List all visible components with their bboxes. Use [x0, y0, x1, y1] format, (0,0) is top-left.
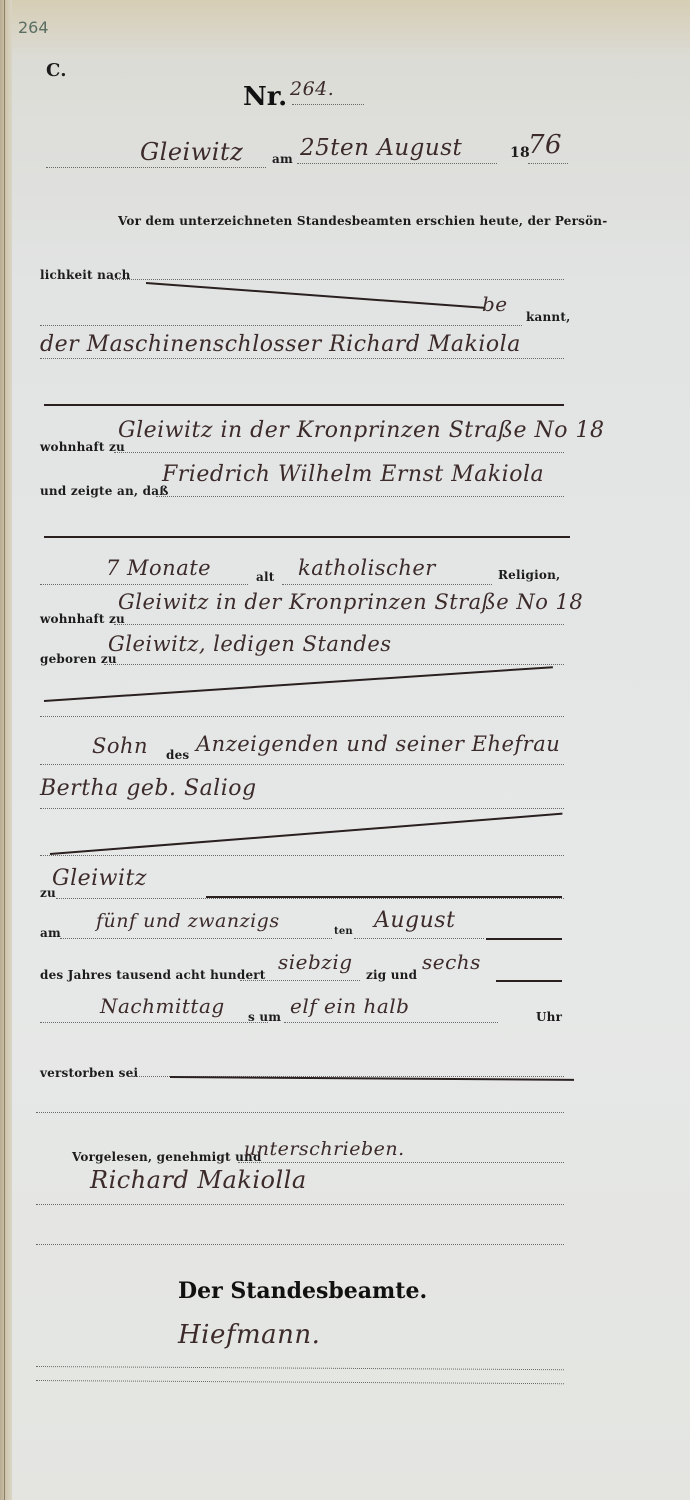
parents-line-1	[40, 764, 564, 765]
uhr-label: Uhr	[536, 1010, 562, 1024]
am-label: am	[272, 152, 293, 166]
deceased-wohnhaft-label: wohnhaft zu	[40, 612, 125, 626]
parents-line-1-value: Anzeigenden und seiner Ehefrau	[196, 732, 560, 756]
entry-number-line	[292, 104, 364, 105]
parents-line-2-value: Bertha geb. Saliog	[40, 776, 257, 801]
des-label: des	[166, 748, 189, 762]
decade-line	[240, 980, 360, 981]
intro-line-3-handwritten: be	[482, 292, 508, 316]
time-of-day-line	[40, 1022, 268, 1023]
death-day: fünf und zwanzigs	[96, 910, 280, 932]
alt-label: alt	[256, 570, 274, 584]
blank-line-4	[36, 1244, 564, 1245]
registrar-line	[36, 1366, 564, 1370]
closing-label: Vorgelesen, genehmigt und	[72, 1150, 262, 1164]
closing-line	[238, 1162, 564, 1163]
death-month-rule	[486, 938, 562, 940]
deceased-name-line	[156, 496, 564, 497]
age-value: 7 Monate	[106, 556, 211, 580]
decade-words: siebzig	[278, 950, 353, 974]
year-prefix: 18	[510, 145, 530, 161]
death-month: August	[374, 908, 455, 933]
year-units-rule	[496, 980, 562, 982]
parents-line-2	[40, 808, 564, 809]
declarant-signature: Richard Makiolla	[90, 1166, 307, 1194]
hour-words: elf ein halb	[290, 994, 409, 1018]
closing-handwritten: unterschrieben.	[244, 1138, 405, 1160]
register-page: 264 C. Nr. 264. Gleiwitz am 25ten August…	[0, 0, 690, 1500]
death-place: Gleiwitz	[52, 866, 147, 891]
registrar-heading: Der Standesbeamte.	[178, 1278, 427, 1304]
entry-label: Nr.	[243, 82, 287, 112]
parents-strike-line	[50, 813, 563, 855]
wohnhaft-label: wohnhaft zu	[40, 440, 125, 454]
zig-und-label: zig und	[366, 968, 417, 982]
death-day-line	[60, 938, 332, 939]
form-letter: C.	[46, 60, 67, 81]
deceased-residence-line	[114, 624, 564, 625]
year-line	[528, 163, 568, 164]
deceased-name: Friedrich Wilhelm Ernst Makiola	[162, 462, 544, 487]
date-line	[297, 163, 497, 164]
age-line	[40, 584, 248, 585]
religion-line	[282, 584, 492, 585]
place-line	[46, 167, 266, 168]
blank-line-3	[36, 1112, 564, 1113]
intro-line-1: Vor dem unterzeichneten Standesbeamten e…	[118, 214, 607, 228]
declarant-name: der Maschinenschlosser Richard Makiola	[40, 332, 521, 357]
declarant-residence: Gleiwitz in der Kronprinzen Straße No 18	[118, 418, 604, 443]
place-value: Gleiwitz	[140, 138, 243, 166]
deceased-rule	[44, 536, 570, 538]
birthplace-line	[104, 664, 564, 665]
signature-line	[36, 1204, 564, 1205]
persoenlichkeit-line	[112, 279, 564, 280]
declarant-rule	[44, 404, 564, 406]
time-of-day: Nachmittag	[100, 994, 225, 1018]
page-binding-edge	[0, 0, 12, 1500]
blank-line-1	[40, 716, 564, 717]
year-suffix: 76	[528, 130, 562, 160]
wohnhaft-line	[114, 452, 564, 453]
binding-line	[4, 0, 5, 1500]
deceased-residence: Gleiwitz in der Kronprinzen Straße No 18	[118, 590, 583, 614]
relation-value: Sohn	[92, 734, 148, 758]
blank-line-5	[36, 1380, 564, 1384]
blank-line-2	[40, 855, 564, 856]
hour-line	[284, 1022, 498, 1023]
death-month-line	[354, 938, 484, 939]
death-place-line	[56, 898, 564, 899]
kannt-line	[40, 325, 522, 326]
birthplace-value: Gleiwitz, ledigen Standes	[108, 632, 392, 656]
strike-through-line	[146, 282, 485, 309]
zeigte-an-label: und zeigte an, daß	[40, 484, 169, 498]
verstorben-label: verstorben sei	[40, 1066, 138, 1080]
ten-label: ten	[334, 926, 353, 937]
registrar-signature: Hiefmann.	[178, 1320, 320, 1350]
am-day-label: am	[40, 926, 61, 940]
intro-line-3-label: kannt,	[526, 310, 570, 324]
s-um-label: s um	[248, 1010, 281, 1024]
jahres-label: des Jahres tausend acht hundert	[40, 968, 266, 982]
entry-number: 264.	[290, 78, 334, 100]
death-place-rule	[206, 896, 562, 898]
birthplace-strike-line	[44, 666, 553, 702]
religion-label: Religion,	[498, 568, 560, 582]
archive-page-number: 264	[18, 18, 49, 37]
date-value: 25ten August	[300, 135, 462, 161]
year-units-words: sechs	[422, 950, 481, 974]
religion-value: katholischer	[298, 556, 436, 580]
declarant-line	[40, 358, 564, 359]
